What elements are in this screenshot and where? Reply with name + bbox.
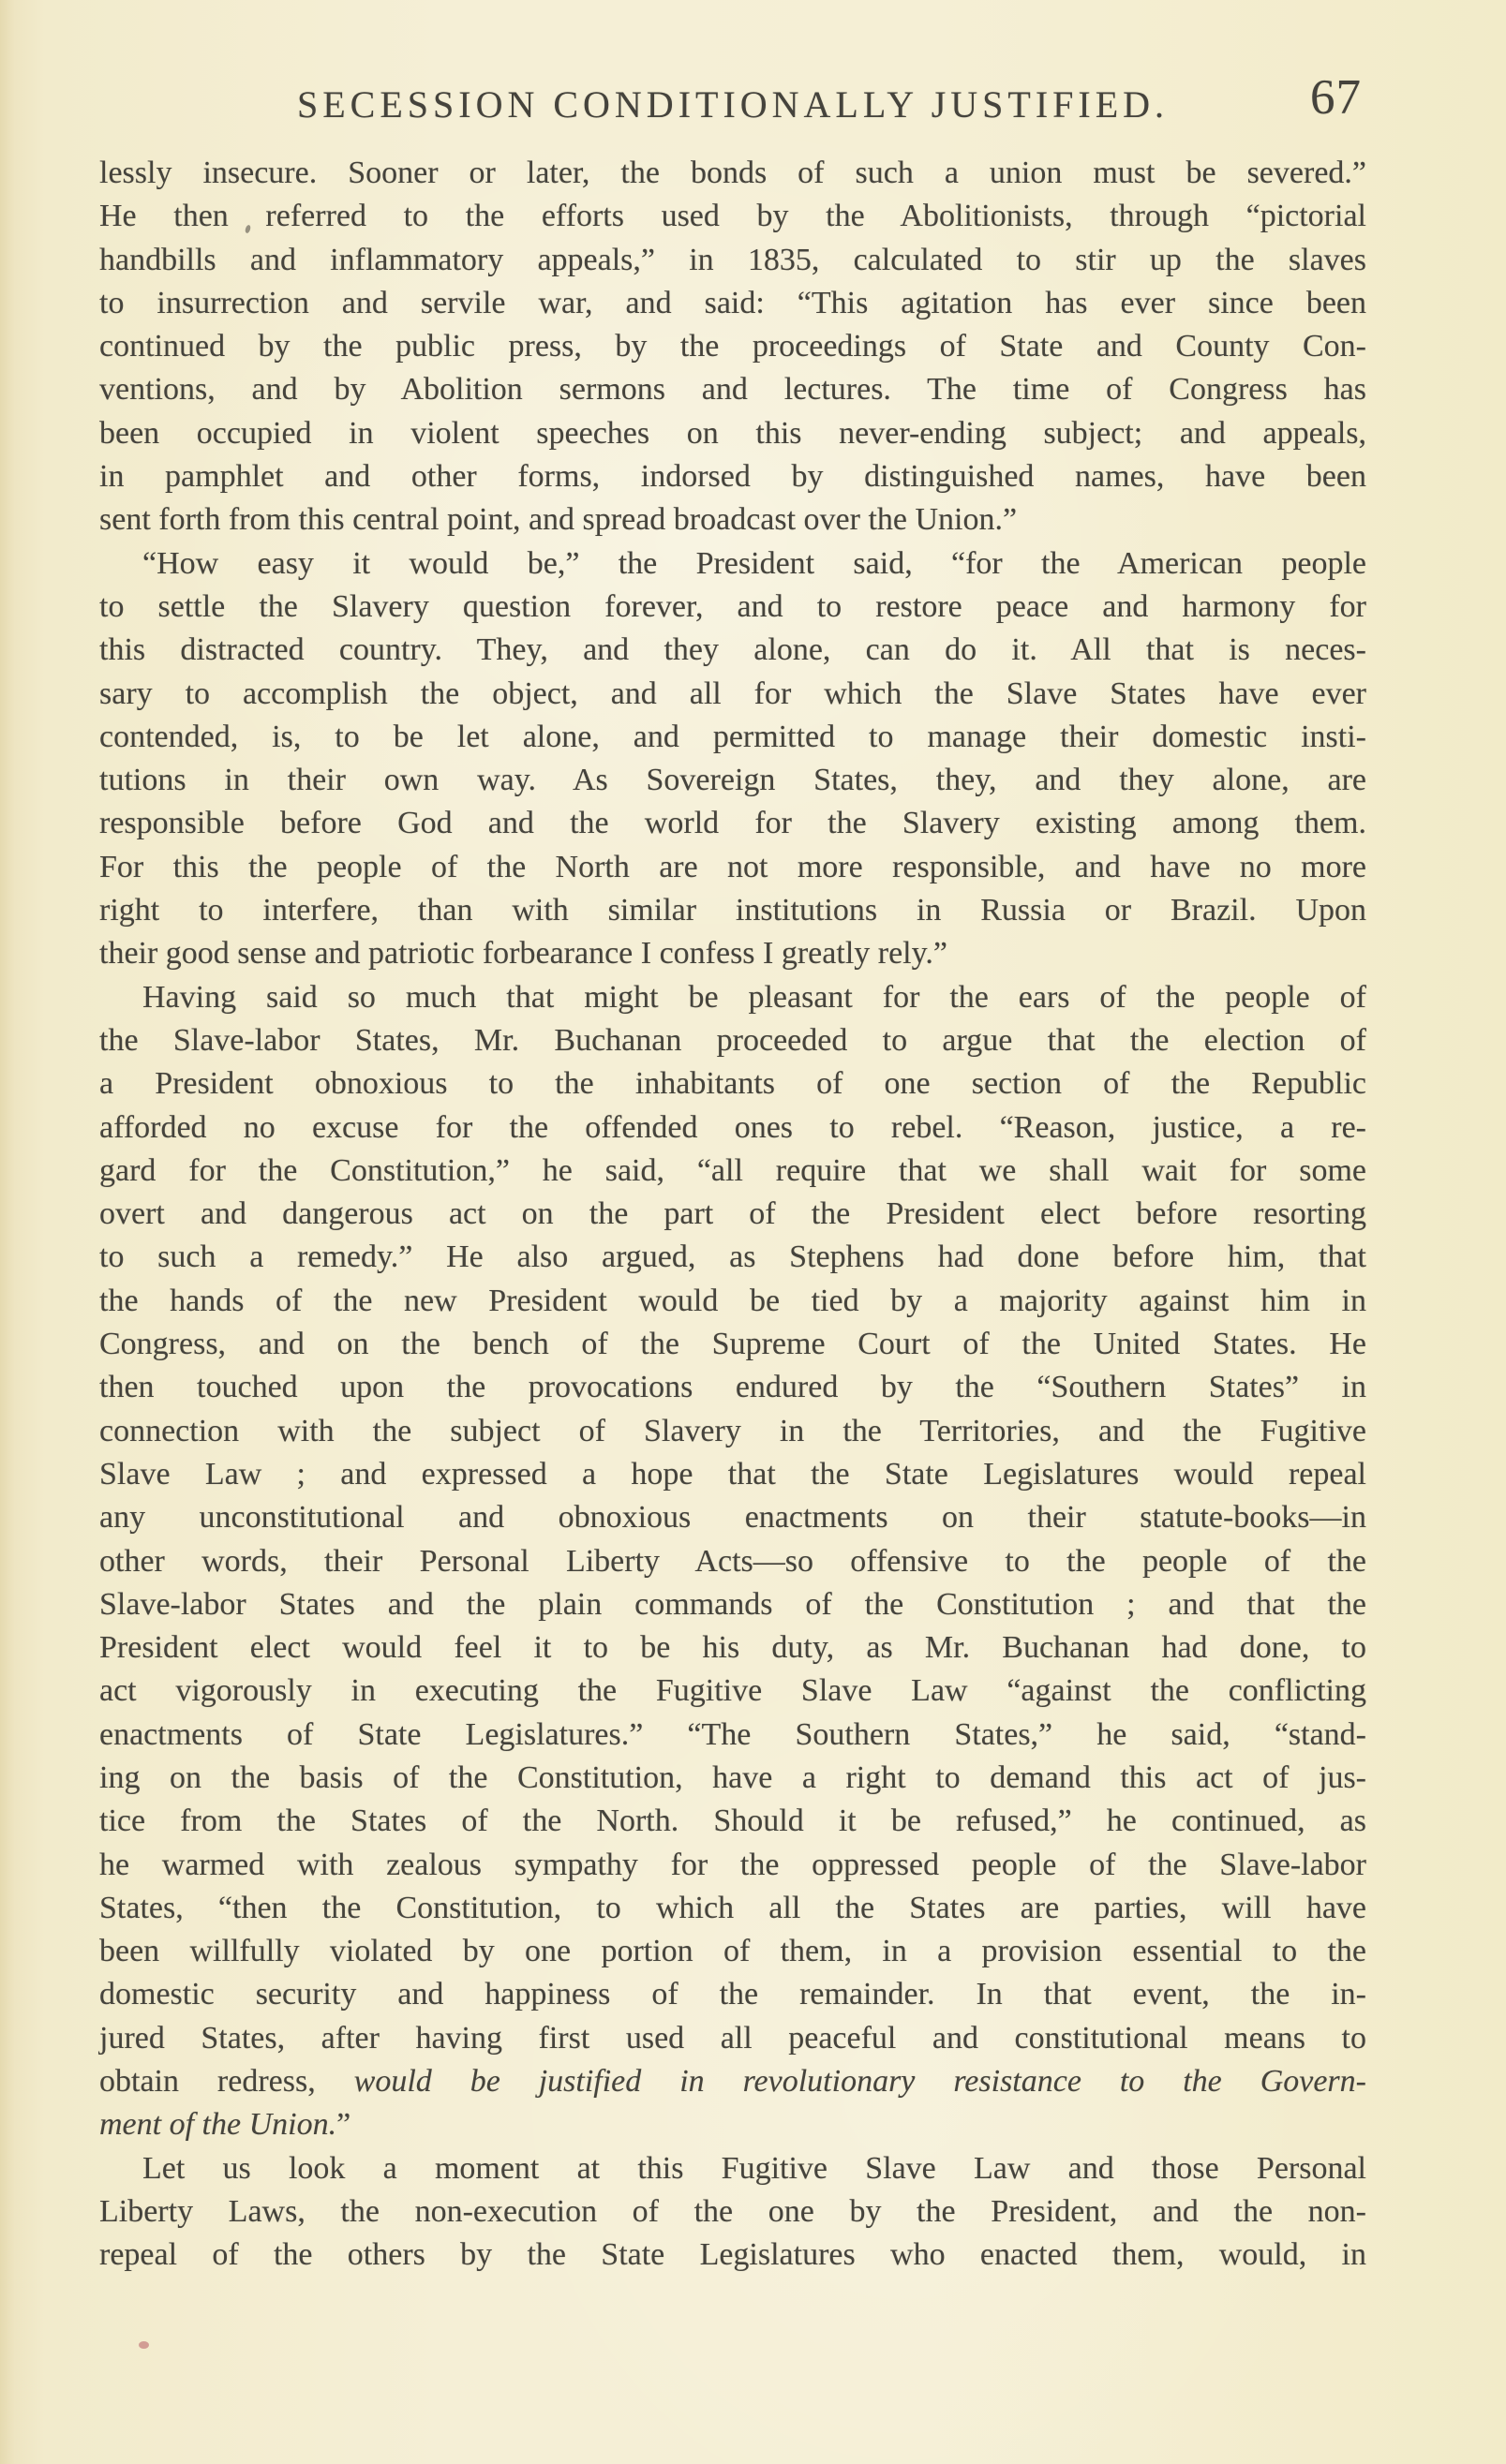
text-segment: to such a remedy.” He also argued, as St…	[99, 1239, 1366, 1274]
text-line: other words, their Personal Liberty Acts…	[99, 1540, 1366, 1583]
text-line: gard for the Constitution,” he said, “al…	[99, 1150, 1366, 1193]
text-segment: act vigorously in executing the Fugitive…	[99, 1673, 1366, 1708]
text-segment: ing on the basis of the Constitution, ha…	[99, 1760, 1366, 1795]
text-segment: connection with the subject of Slavery i…	[99, 1414, 1366, 1448]
text-segment: obtain redress,	[99, 2064, 354, 2099]
text-segment: the hands of the new President would be …	[99, 1284, 1366, 1318]
text-segment: any unconstitutional and obnoxious enact…	[99, 1500, 1366, 1535]
text-line: repeal of the others by the State Legisl…	[99, 2234, 1366, 2277]
text-line: Liberty Laws, the non-execution of the o…	[99, 2190, 1366, 2234]
text-segment: For this the people of the North are not…	[99, 850, 1366, 884]
text-line: their good sense and patriotic forbearan…	[99, 932, 1366, 975]
text-line: obtain redress, would be justified in re…	[99, 2060, 1366, 2103]
text-line: Slave-labor States and the plain command…	[99, 1583, 1366, 1626]
text-segment: handbills and inflammatory appeals,” in …	[99, 243, 1366, 277]
text-segment: their good sense and patriotic forbearan…	[99, 936, 947, 971]
text-segment: sent forth from this central point, and …	[99, 502, 1017, 537]
text-line: lessly insecure. Sooner or later, the bo…	[99, 152, 1366, 195]
text-line: domestic security and happiness of the r…	[99, 1973, 1366, 2016]
text-segment: Let us look a moment at this Fugitive Sl…	[142, 2151, 1366, 2186]
text-segment: tutions in their own way. As Sovereign S…	[99, 763, 1366, 797]
text-line: the Slave-labor States, Mr. Buchanan pro…	[99, 1019, 1366, 1062]
text-segment: right to interfere, than with similar in…	[99, 893, 1366, 928]
running-header: SECESSION CONDITIONALLY JUSTIFIED.	[99, 82, 1366, 126]
text-segment: ”	[336, 2107, 350, 2142]
text-segment: been occupied in violent speeches on thi…	[99, 416, 1366, 451]
text-line: been willfully violated by one portion o…	[99, 1930, 1366, 1973]
text-line: a President obnoxious to the inhabitants…	[99, 1062, 1366, 1106]
text-line: connection with the subject of Slavery i…	[99, 1410, 1366, 1453]
text-line: afforded no excuse for the offended ones…	[99, 1106, 1366, 1150]
text-line: States, “then the Constitution, to which…	[99, 1887, 1366, 1930]
text-line: in pamphlet and other forms, indorsed by…	[99, 455, 1366, 498]
italic-text-segment: ment of the Union.	[99, 2107, 336, 2142]
text-segment: gard for the Constitution,” he said, “al…	[99, 1153, 1366, 1188]
text-segment: responsible before God and the world for…	[99, 806, 1366, 840]
text-segment: Having said so much that might be pleasa…	[142, 980, 1366, 1015]
text-line: the hands of the new President would be …	[99, 1280, 1366, 1323]
text-segment: Liberty Laws, the non-execution of the o…	[99, 2194, 1366, 2229]
text-line: ing on the basis of the Constitution, ha…	[99, 1757, 1366, 1800]
text-segment: lessly insecure. Sooner or later, the bo…	[99, 156, 1366, 190]
text-segment: tice from the States of the North. Shoul…	[99, 1803, 1366, 1838]
text-segment: he warmed with zealous sympathy for the …	[99, 1848, 1366, 1882]
text-line: tutions in their own way. As Sovereign S…	[99, 759, 1366, 802]
text-segment: overt and dangerous act on the part of t…	[99, 1196, 1366, 1231]
text-line: tice from the States of the North. Shoul…	[99, 1800, 1366, 1843]
italic-text-segment: would be justified in revolutionary resi…	[354, 2064, 1366, 2099]
text-line: ment of the Union.”	[99, 2103, 1366, 2146]
text-line: Congress, and on the bench of the Suprem…	[99, 1323, 1366, 1366]
text-segment: ventions, and by Abolition sermons and l…	[99, 372, 1366, 407]
paper-speck	[139, 2341, 149, 2349]
text-line: overt and dangerous act on the part of t…	[99, 1193, 1366, 1236]
text-line: then touched upon the provocations endur…	[99, 1366, 1366, 1409]
text-line: Slave Law ; and expressed a hope that th…	[99, 1453, 1366, 1496]
text-line: For this the people of the North are not…	[99, 846, 1366, 889]
text-line: this distracted country. They, and they …	[99, 629, 1366, 672]
text-line: to such a remedy.” He also argued, as St…	[99, 1236, 1366, 1279]
book-page: SECESSION CONDITIONALLY JUSTIFIED. 67 le…	[0, 0, 1506, 2464]
text-segment: Slave-labor States and the plain command…	[99, 1587, 1366, 1622]
text-segment: to settle the Slavery question forever, …	[99, 589, 1366, 624]
text-line: contended, is, to be let alone, and perm…	[99, 716, 1366, 759]
text-line: any unconstitutional and obnoxious enact…	[99, 1496, 1366, 1539]
text-line: been occupied in violent speeches on thi…	[99, 412, 1366, 455]
body-text: lessly insecure. Sooner or later, the bo…	[99, 152, 1366, 2278]
page-number: 67	[1310, 69, 1362, 126]
text-segment: to insurrection and servile war, and sai…	[99, 286, 1366, 320]
text-segment: States, “then the Constitution, to which…	[99, 1891, 1366, 1925]
text-segment: then touched upon the provocations endur…	[99, 1370, 1366, 1404]
text-segment: contended, is, to be let alone, and perm…	[99, 720, 1366, 754]
text-line: right to interfere, than with similar in…	[99, 889, 1366, 932]
text-line: act vigorously in executing the Fugitive…	[99, 1670, 1366, 1713]
text-line: enactments of State Legislatures.” “The …	[99, 1714, 1366, 1757]
text-segment: “How easy it would be,” the President sa…	[142, 546, 1366, 581]
text-line: responsible before God and the world for…	[99, 802, 1366, 845]
text-segment: been willfully violated by one portion o…	[99, 1934, 1366, 1968]
text-segment: in pamphlet and other forms, indorsed by…	[99, 459, 1366, 494]
text-line: Let us look a moment at this Fugitive Sl…	[99, 2147, 1366, 2190]
text-segment: the Slave-labor States, Mr. Buchanan pro…	[99, 1023, 1366, 1058]
text-segment: jured States, after having first used al…	[99, 2021, 1366, 2056]
text-line: continued by the public press, by the pr…	[99, 325, 1366, 368]
text-line: “How easy it would be,” the President sa…	[99, 542, 1366, 586]
text-line: President elect would feel it to be his …	[99, 1626, 1366, 1670]
text-segment: afforded no excuse for the offended ones…	[99, 1110, 1366, 1145]
text-line: Having said so much that might be pleasa…	[99, 976, 1366, 1019]
text-segment: other words, their Personal Liberty Acts…	[99, 1544, 1366, 1579]
text-segment: Congress, and on the bench of the Suprem…	[99, 1327, 1366, 1361]
text-segment: a President obnoxious to the inhabitants…	[99, 1066, 1366, 1101]
text-segment: enactments of State Legislatures.” “The …	[99, 1717, 1366, 1752]
text-line: sary to accomplish the object, and all f…	[99, 673, 1366, 716]
text-segment: domestic security and happiness of the r…	[99, 1977, 1366, 2011]
text-segment: He then referred to the efforts used by …	[99, 199, 1366, 233]
text-line: handbills and inflammatory appeals,” in …	[99, 239, 1366, 282]
text-segment: Slave Law ; and expressed a hope that th…	[99, 1457, 1366, 1492]
text-line: to settle the Slavery question forever, …	[99, 586, 1366, 629]
text-line: he warmed with zealous sympathy for the …	[99, 1844, 1366, 1887]
text-line: jured States, after having first used al…	[99, 2017, 1366, 2060]
text-segment: sary to accomplish the object, and all f…	[99, 676, 1366, 711]
text-line: ventions, and by Abolition sermons and l…	[99, 368, 1366, 411]
text-line: He then referred to the efforts used by …	[99, 195, 1366, 238]
text-segment: repeal of the others by the State Legisl…	[99, 2237, 1366, 2272]
text-segment: President elect would feel it to be his …	[99, 1630, 1366, 1665]
text-line: to insurrection and servile war, and sai…	[99, 282, 1366, 325]
text-segment: this distracted country. They, and they …	[99, 632, 1366, 667]
text-line: sent forth from this central point, and …	[99, 498, 1366, 542]
text-segment: continued by the public press, by the pr…	[99, 329, 1366, 364]
